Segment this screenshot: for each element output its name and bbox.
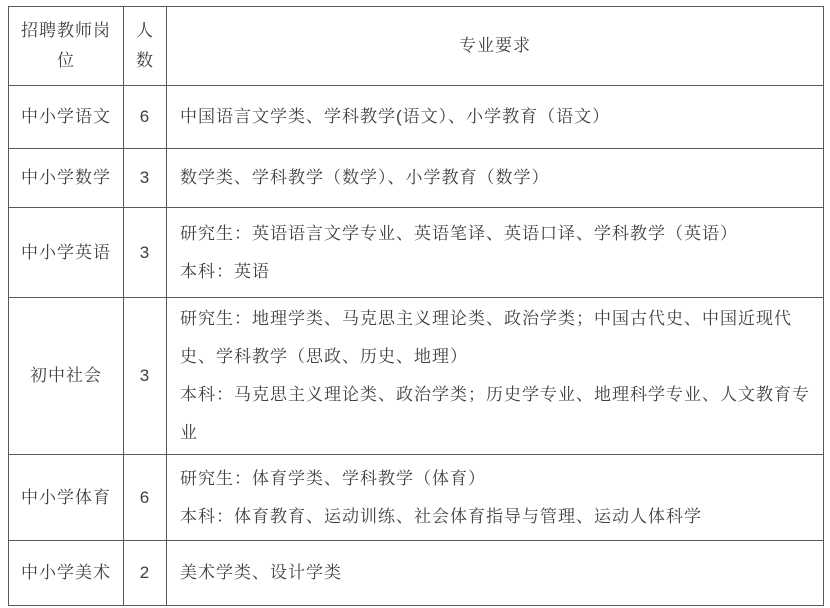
requirement-line: 中国语言文学类、学科教学(语文）、小学教育（语文） bbox=[180, 98, 813, 136]
position-cell: 中小学美术 bbox=[9, 541, 124, 606]
position-cell: 初中社会 bbox=[9, 298, 124, 455]
requirements-cell: 美术学类、设计学类 bbox=[167, 541, 824, 606]
table-row: 中小学数学3数学类、学科教学（数学）、小学教育（数学） bbox=[9, 149, 824, 208]
recruitment-table: 招聘教师岗位 人数 专业要求 中小学语文6中国语言文学类、学科教学(语文）、小学… bbox=[8, 6, 824, 606]
table-row: 中小学美术2美术学类、设计学类 bbox=[9, 541, 824, 606]
requirement-line: 本科：英语 bbox=[180, 253, 813, 291]
requirement-line: 数学类、学科教学（数学）、小学教育（数学） bbox=[180, 159, 813, 197]
count-cell: 3 bbox=[124, 149, 167, 208]
table-body: 中小学语文6中国语言文学类、学科教学(语文）、小学教育（语文）中小学数学3数学类… bbox=[9, 86, 824, 606]
requirements-cell: 中国语言文学类、学科教学(语文）、小学教育（语文） bbox=[167, 86, 824, 149]
table-row: 中小学英语3研究生：英语语言文学专业、英语笔译、英语口译、学科教学（英语）本科：… bbox=[9, 208, 824, 298]
table-row: 中小学体育6研究生：体育学类、学科教学（体育）本科：体育教育、运动训练、社会体育… bbox=[9, 455, 824, 541]
count-cell: 6 bbox=[124, 455, 167, 541]
table-row: 初中社会3研究生：地理学类、马克思主义理论类、政治学类；中国古代史、中国近现代史… bbox=[9, 298, 824, 455]
requirement-line: 研究生：英语语言文学专业、英语笔译、英语口译、学科教学（英语） bbox=[180, 215, 813, 253]
requirements-cell: 研究生：体育学类、学科教学（体育）本科：体育教育、运动训练、社会体育指导与管理、… bbox=[167, 455, 824, 541]
header-count: 人数 bbox=[124, 7, 167, 86]
header-requirements: 专业要求 bbox=[167, 7, 824, 86]
count-cell: 2 bbox=[124, 541, 167, 606]
count-cell: 3 bbox=[124, 208, 167, 298]
requirements-cell: 研究生：英语语言文学专业、英语笔译、英语口译、学科教学（英语）本科：英语 bbox=[167, 208, 824, 298]
requirement-line: 本科：马克思主义理论类、政治学类；历史学专业、地理科学专业、人文教育专业 bbox=[180, 376, 813, 452]
recruitment-table-container: 招聘教师岗位 人数 专业要求 中小学语文6中国语言文学类、学科教学(语文）、小学… bbox=[8, 6, 823, 606]
requirement-line: 本科：体育教育、运动训练、社会体育指导与管理、运动人体科学 bbox=[180, 498, 813, 536]
table-header: 招聘教师岗位 人数 专业要求 bbox=[9, 7, 824, 86]
position-cell: 中小学语文 bbox=[9, 86, 124, 149]
document-page: 招聘教师岗位 人数 专业要求 中小学语文6中国语言文学类、学科教学(语文）、小学… bbox=[0, 0, 830, 608]
requirement-line: 研究生：体育学类、学科教学（体育） bbox=[180, 460, 813, 498]
header-position: 招聘教师岗位 bbox=[9, 7, 124, 86]
position-cell: 中小学数学 bbox=[9, 149, 124, 208]
requirements-cell: 研究生：地理学类、马克思主义理论类、政治学类；中国古代史、中国近现代史、学科教学… bbox=[167, 298, 824, 455]
header-row: 招聘教师岗位 人数 专业要求 bbox=[9, 7, 824, 86]
requirements-cell: 数学类、学科教学（数学）、小学教育（数学） bbox=[167, 149, 824, 208]
requirement-line: 美术学类、设计学类 bbox=[180, 554, 813, 592]
position-cell: 中小学英语 bbox=[9, 208, 124, 298]
count-cell: 3 bbox=[124, 298, 167, 455]
count-cell: 6 bbox=[124, 86, 167, 149]
requirement-line: 研究生：地理学类、马克思主义理论类、政治学类；中国古代史、中国近现代史、学科教学… bbox=[180, 300, 813, 376]
table-row: 中小学语文6中国语言文学类、学科教学(语文）、小学教育（语文） bbox=[9, 86, 824, 149]
position-cell: 中小学体育 bbox=[9, 455, 124, 541]
